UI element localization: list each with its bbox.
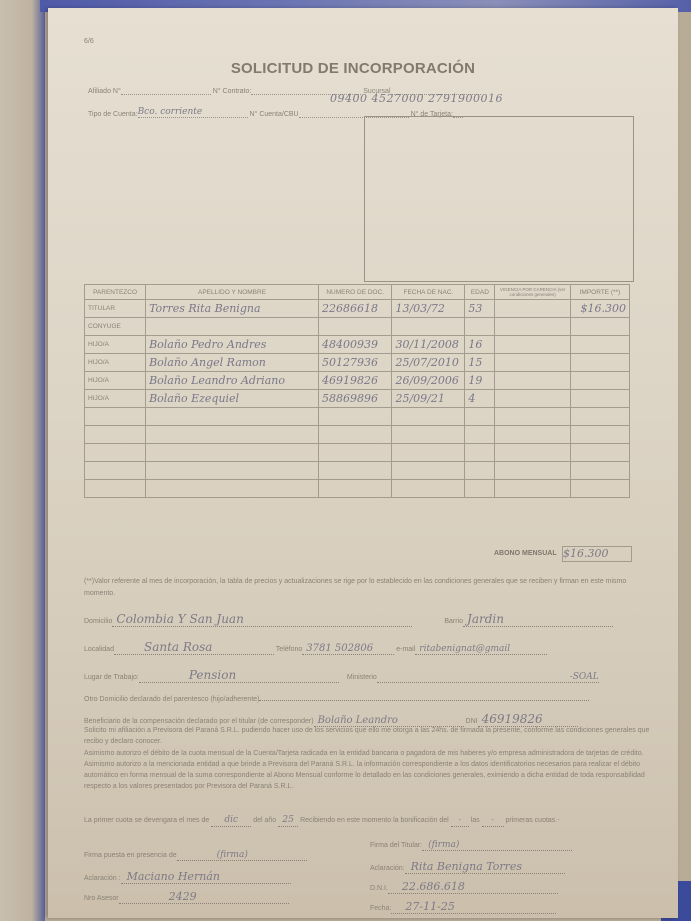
cell-doc[interactable] <box>318 318 392 336</box>
dni-label: D.N.I. <box>370 885 388 892</box>
cell-vigencia[interactable] <box>495 408 571 426</box>
installment-month-field[interactable]: dic <box>211 815 251 827</box>
cell-doc[interactable]: 46919826 <box>318 372 392 390</box>
cell-importe[interactable] <box>570 336 629 354</box>
trabajo-field[interactable]: Pension <box>139 668 339 683</box>
col-nombre: APELLIDO Y NOMBRE <box>146 285 319 300</box>
fecha-label: Fecha: <box>370 905 391 912</box>
table-row: HIJO/ABolaño Leandro Adriano4691982626/0… <box>85 372 630 390</box>
table-row <box>85 426 630 444</box>
cell-nombre[interactable]: Bolaño Ezequiel <box>146 390 319 408</box>
cell-parentesco: HIJO/A <box>85 354 146 372</box>
dni-field[interactable]: 22.686.618 <box>388 880 558 894</box>
cell-nombre[interactable]: Bolaño Leandro Adriano <box>146 372 319 390</box>
presencia-row: Firma puesta en presencia de(firma) <box>84 850 307 861</box>
cell-edad[interactable] <box>465 318 495 336</box>
cuenta-cbu-label: N° Cuenta/CBU <box>250 111 299 118</box>
cell-fecha[interactable] <box>392 408 465 426</box>
cell-nombre[interactable]: Bolaño Angel Ramon <box>146 354 319 372</box>
trabajo-label: Lugar de Trabajo: <box>84 674 139 681</box>
table-header: PARENTEZCO APELLIDO Y NOMBRE NUMERO DE D… <box>85 285 630 300</box>
cell-parentesco <box>85 426 146 444</box>
cell-importe[interactable] <box>570 444 629 462</box>
otro-domicilio-field[interactable] <box>259 700 589 701</box>
sucursal-value[interactable]: 09400 4527000 2791900016 <box>330 92 503 105</box>
cell-fecha[interactable] <box>392 462 465 480</box>
cell-parentesco: CONYUGE <box>85 318 146 336</box>
trabajo-row: Lugar de Trabajo:Pension Ministerio-SOAL <box>84 668 599 683</box>
cell-importe[interactable] <box>570 480 629 498</box>
email-field[interactable]: ritabenignat@gmail <box>415 644 547 655</box>
cell-fecha[interactable]: 25/09/21 <box>392 390 465 408</box>
cell-edad[interactable]: 15 <box>465 354 495 372</box>
cell-fecha[interactable]: 25/07/2010 <box>392 354 465 372</box>
cell-importe[interactable] <box>570 354 629 372</box>
cell-doc[interactable]: 48400939 <box>318 336 392 354</box>
cell-fecha[interactable]: 13/03/72 <box>392 300 465 318</box>
table-row: HIJO/ABolaño Angel Ramon5012793625/07/20… <box>85 354 630 372</box>
bonus-field[interactable]: - <box>451 815 469 827</box>
page-number: 6/6 <box>84 38 94 45</box>
cell-vigencia[interactable] <box>495 480 571 498</box>
fecha-field[interactable]: 27-11-25 <box>391 900 556 914</box>
cell-vigencia[interactable] <box>495 462 571 480</box>
tipo-cuenta-label: Tipo de Cuenta: <box>88 111 138 118</box>
cell-vigencia[interactable] <box>495 426 571 444</box>
otro-domicilio-row: Otro Domicilio declarado del parentesco … <box>84 696 589 703</box>
col-importe: IMPORTE (**) <box>570 285 629 300</box>
table-row <box>85 480 630 498</box>
cell-parentesco: HIJO/A <box>85 390 146 408</box>
asesor-row: Nro Asesor2429 <box>84 890 289 904</box>
form-title: SOLICITUD DE INCORPORACIÓN <box>48 60 658 77</box>
first-installment-row: La primer cuota se devengara el mes de d… <box>84 815 650 827</box>
cell-edad[interactable] <box>465 426 495 444</box>
cell-fecha[interactable] <box>392 480 465 498</box>
cell-edad[interactable]: 4 <box>465 390 495 408</box>
year-text: del año <box>253 817 276 824</box>
cell-parentesco: HIJO/A <box>85 372 146 390</box>
cell-fecha[interactable]: 30/11/2008 <box>392 336 465 354</box>
cell-nombre[interactable] <box>146 480 319 498</box>
cell-doc[interactable] <box>318 444 392 462</box>
installment-year-field[interactable]: 25 <box>278 815 298 827</box>
table-row: HIJO/ABolaño Pedro Andres4840093930/11/2… <box>85 336 630 354</box>
aclaracion-right-row: Aclaración:Rita Benigna Torres <box>370 860 565 874</box>
domicilio-row: DomicilioColombia Y San Juan BarrioJardi… <box>84 612 613 627</box>
cell-fecha[interactable] <box>392 318 465 336</box>
cell-fecha[interactable] <box>392 444 465 462</box>
cell-parentesco: HIJO/A <box>85 336 146 354</box>
price-note: (**)Valor referente al mes de incorporac… <box>84 576 644 600</box>
cell-nombre[interactable] <box>146 318 319 336</box>
barrio-field[interactable]: Jardin <box>463 612 613 627</box>
cell-nombre[interactable] <box>146 426 319 444</box>
telefono-label: Teléfono <box>276 646 302 653</box>
cell-importe[interactable] <box>570 408 629 426</box>
col-fecha: FECHA DE NAC. <box>392 285 465 300</box>
cell-vigencia[interactable] <box>495 336 571 354</box>
table-row: CONYUGE <box>85 318 630 336</box>
cell-vigencia[interactable] <box>495 318 571 336</box>
cell-edad[interactable] <box>465 444 495 462</box>
cell-vigencia[interactable] <box>495 390 571 408</box>
aclaracion-right-field[interactable]: Rita Benigna Torres <box>405 860 565 874</box>
aclaracion-right-label: Aclaración: <box>370 865 405 872</box>
las-text: las <box>471 817 480 824</box>
beneficiario-label: Beneficiario de la compensación declarad… <box>84 718 314 725</box>
asesor-field[interactable]: 2429 <box>119 890 289 904</box>
affiliation-paragraph: Solicito mi afiliación a Previsora del P… <box>84 725 650 747</box>
cell-edad[interactable]: 16 <box>465 336 495 354</box>
beneficiario-dni-label: DNI <box>466 718 478 725</box>
cell-parentesco <box>85 480 146 498</box>
background-desk <box>0 0 45 921</box>
cell-importe[interactable] <box>570 462 629 480</box>
cell-doc[interactable] <box>318 480 392 498</box>
cell-fecha[interactable] <box>392 426 465 444</box>
cell-nombre[interactable] <box>146 462 319 480</box>
telefono-field[interactable]: 3781 502806 <box>302 643 394 655</box>
table-row: TITULARTorres Rita Benigna2268661813/03/… <box>85 300 630 318</box>
application-form: 6/6 SOLICITUD DE INCORPORACIÓN Afiliado … <box>48 8 678 918</box>
barrio-label: Barrio <box>444 618 463 625</box>
presencia-signature[interactable]: (firma) <box>177 850 307 861</box>
cell-edad[interactable] <box>465 480 495 498</box>
cell-vigencia[interactable] <box>495 354 571 372</box>
cell-fecha[interactable]: 26/09/2006 <box>392 372 465 390</box>
table-row <box>85 444 630 462</box>
cell-parentesco: TITULAR <box>85 300 146 318</box>
cell-parentesco <box>85 444 146 462</box>
primeras-cuotas-text: primeras cuotas.- <box>506 817 560 824</box>
col-vigencia: VIGENCIA POR CARENCIA (ver condiciones g… <box>495 285 571 300</box>
table-row <box>85 408 630 426</box>
domicilio-field[interactable]: Colombia Y San Juan <box>112 612 412 627</box>
debit-authorization-paragraph: Asimismo autorizo el débito de la cuota … <box>84 748 650 792</box>
col-edad: EDAD <box>465 285 495 300</box>
cell-importe[interactable] <box>570 426 629 444</box>
localidad-field[interactable]: Santa Rosa <box>114 640 274 655</box>
otro-domicilio-label: Otro Domicilio declarado del parentesco … <box>84 696 259 703</box>
cell-vigencia[interactable] <box>495 444 571 462</box>
cell-edad[interactable] <box>465 408 495 426</box>
members-table: PARENTEZCO APELLIDO Y NOMBRE NUMERO DE D… <box>84 284 630 498</box>
afiliado-field[interactable] <box>121 94 211 95</box>
email-label: e-mail <box>396 646 415 653</box>
aclaracion-left-field[interactable]: Maciano Hernán <box>121 870 291 884</box>
cell-edad[interactable]: 53 <box>465 300 495 318</box>
col-parentesco: PARENTEZCO <box>85 285 146 300</box>
afiliado-label: Afiliado N° <box>88 88 121 95</box>
cell-edad[interactable] <box>465 462 495 480</box>
cell-importe[interactable]: $16.300 <box>570 300 629 318</box>
first-installment-text: La primer cuota se devengara el mes de <box>84 817 209 824</box>
titular-signature[interactable]: (firma) <box>422 840 572 851</box>
table-row <box>85 462 630 480</box>
ministerio-field[interactable]: -SOAL <box>377 672 599 683</box>
cell-importe[interactable] <box>570 390 629 408</box>
fecha-row: Fecha:27-11-25 <box>370 900 556 914</box>
bonus-text: Recibiendo en este momento la bonificaci… <box>300 817 449 824</box>
aclaracion-left-label: Aclaración : <box>84 875 121 882</box>
cell-nombre[interactable]: Torres Rita Benigna <box>146 300 319 318</box>
cell-vigencia[interactable] <box>495 372 571 390</box>
cell-parentesco <box>85 462 146 480</box>
abono-value[interactable]: $16.300 <box>562 546 632 562</box>
aclaracion-left-row: Aclaración :Maciano Hernán <box>84 870 291 884</box>
col-doc: NUMERO DE DOC. <box>318 285 392 300</box>
titular-signature-label: Firma del Titular: <box>370 842 422 849</box>
titular-signature-row: Firma del Titular:(firma) <box>370 840 572 851</box>
domicilio-label: Domicilio <box>84 618 112 625</box>
cell-doc[interactable]: 22686618 <box>318 300 392 318</box>
ministerio-label: Ministerio <box>347 674 377 681</box>
cell-importe[interactable] <box>570 372 629 390</box>
asesor-label: Nro Asesor <box>84 895 119 902</box>
bonus-installments-field[interactable]: - <box>482 815 504 827</box>
table-row: HIJO/ABolaño Ezequiel5886989625/09/214 <box>85 390 630 408</box>
photo-box <box>364 116 634 282</box>
cell-doc[interactable] <box>318 462 392 480</box>
cell-nombre[interactable]: Bolaño Pedro Andres <box>146 336 319 354</box>
contrato-label: N° Contrato: <box>213 88 252 95</box>
presencia-label: Firma puesta en presencia de <box>84 852 177 859</box>
localidad-row: LocalidadSanta Rosa Teléfono3781 502806 … <box>84 640 547 655</box>
localidad-label: Localidad <box>84 646 114 653</box>
cell-doc[interactable] <box>318 408 392 426</box>
cell-edad[interactable]: 19 <box>465 372 495 390</box>
cell-nombre[interactable] <box>146 408 319 426</box>
abono-label: ABONO MENSUAL <box>494 550 557 557</box>
cell-importe[interactable] <box>570 318 629 336</box>
tipo-cuenta-field[interactable]: Bco. corriente <box>138 107 248 118</box>
cell-parentesco <box>85 408 146 426</box>
cell-nombre[interactable] <box>146 444 319 462</box>
cell-doc[interactable]: 58869896 <box>318 390 392 408</box>
cell-vigencia[interactable] <box>495 300 571 318</box>
dni-row: D.N.I.22.686.618 <box>370 880 558 894</box>
cell-doc[interactable] <box>318 426 392 444</box>
cell-doc[interactable]: 50127936 <box>318 354 392 372</box>
